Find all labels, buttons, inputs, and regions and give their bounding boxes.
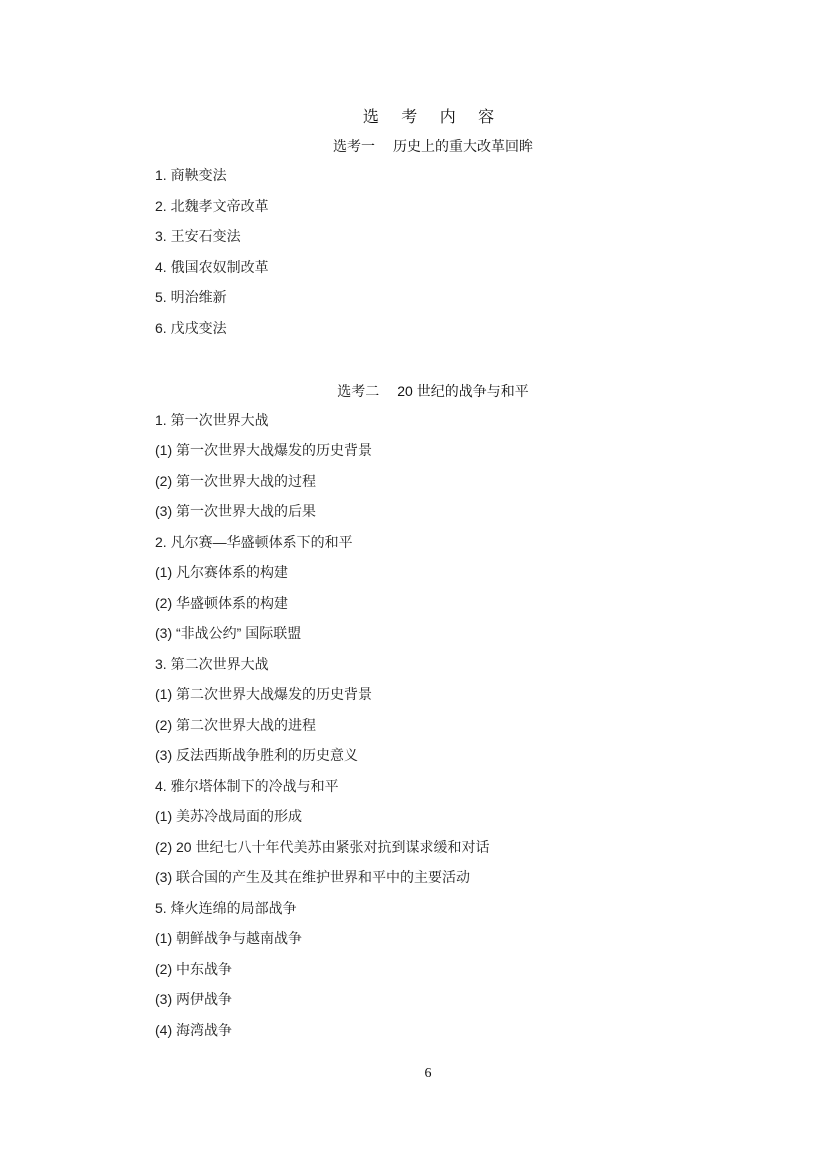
list-item: 1. 第一次世界大战: [155, 411, 269, 429]
list-item: (2) 第二次世界大战的进程: [155, 716, 316, 734]
section-2-title: 20 世纪的战争与和平: [397, 383, 528, 399]
section-1-title: 历史上的重大改革回眸: [393, 138, 533, 154]
list-item: 4. 雅尔塔体制下的冷战与和平: [155, 777, 339, 795]
list-item: 6. 戊戌变法: [155, 319, 227, 337]
list-item: (2) 华盛顿体系的构建: [155, 594, 288, 612]
section-2-heading: 选考二20 世纪的战争与和平: [0, 381, 826, 401]
list-item: (1) 第一次世界大战爆发的历史背景: [155, 441, 372, 459]
list-item: 4. 俄国农奴制改革: [155, 258, 269, 276]
section-2-label: 选考二: [337, 383, 379, 399]
list-item: (1) 美苏冷战局面的形成: [155, 807, 302, 825]
list-item: 3. 第二次世界大战: [155, 655, 269, 673]
list-item: (3) 两伊战争: [155, 990, 232, 1008]
section-1-label: 选考一: [333, 138, 375, 154]
section-1-heading: 选考一历史上的重大改革回眸: [0, 136, 826, 156]
list-item: 3. 王安石变法: [155, 227, 241, 245]
list-item: (3) “非战公约” 国际联盟: [155, 624, 301, 642]
list-item: 5. 烽火连绵的局部战争: [155, 899, 297, 917]
page-title: 选 考 内 容: [0, 104, 826, 127]
list-item: (1) 朝鲜战争与越南战争: [155, 929, 302, 947]
list-item: (4) 海湾战争: [155, 1021, 232, 1039]
page-number: 6: [0, 1066, 826, 1082]
list-item: (3) 第一次世界大战的后果: [155, 502, 316, 520]
list-item: (2) 第一次世界大战的过程: [155, 472, 316, 490]
list-item: 2. 北魏孝文帝改革: [155, 197, 269, 215]
list-item: (3) 反法西斯战争胜利的历史意义: [155, 746, 358, 764]
list-item: (1) 第二次世界大战爆发的历史背景: [155, 685, 372, 703]
list-item: 1. 商鞅变法: [155, 166, 227, 184]
list-item: (3) 联合国的产生及其在维护世界和平中的主要活动: [155, 868, 470, 886]
list-item: (2) 20 世纪七八十年代美苏由紧张对抗到谋求缓和对话: [155, 838, 489, 856]
list-item: (1) 凡尔赛体系的构建: [155, 563, 288, 581]
list-item: (2) 中东战争: [155, 960, 232, 978]
list-item: 2. 凡尔赛—华盛顿体系下的和平: [155, 533, 353, 551]
list-item: 5. 明治维新: [155, 288, 227, 306]
